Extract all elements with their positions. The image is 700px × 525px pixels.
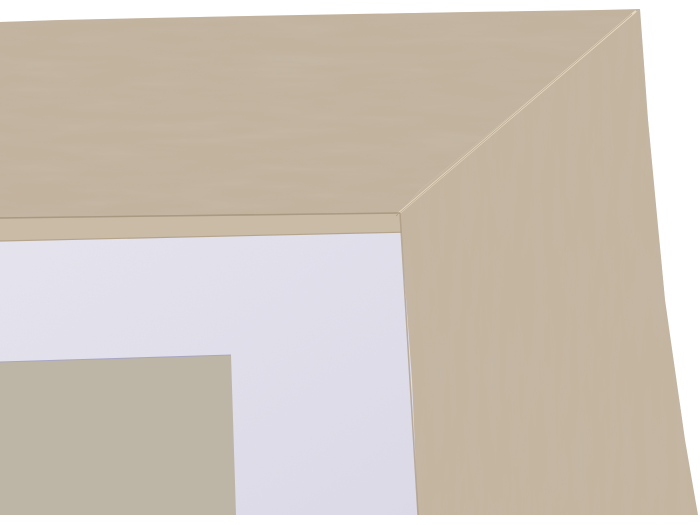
photo-scene: Close-up of the top-right corner of a di… bbox=[0, 0, 700, 525]
inner-panel bbox=[0, 355, 236, 515]
frame-corner-illustration bbox=[0, 0, 700, 525]
